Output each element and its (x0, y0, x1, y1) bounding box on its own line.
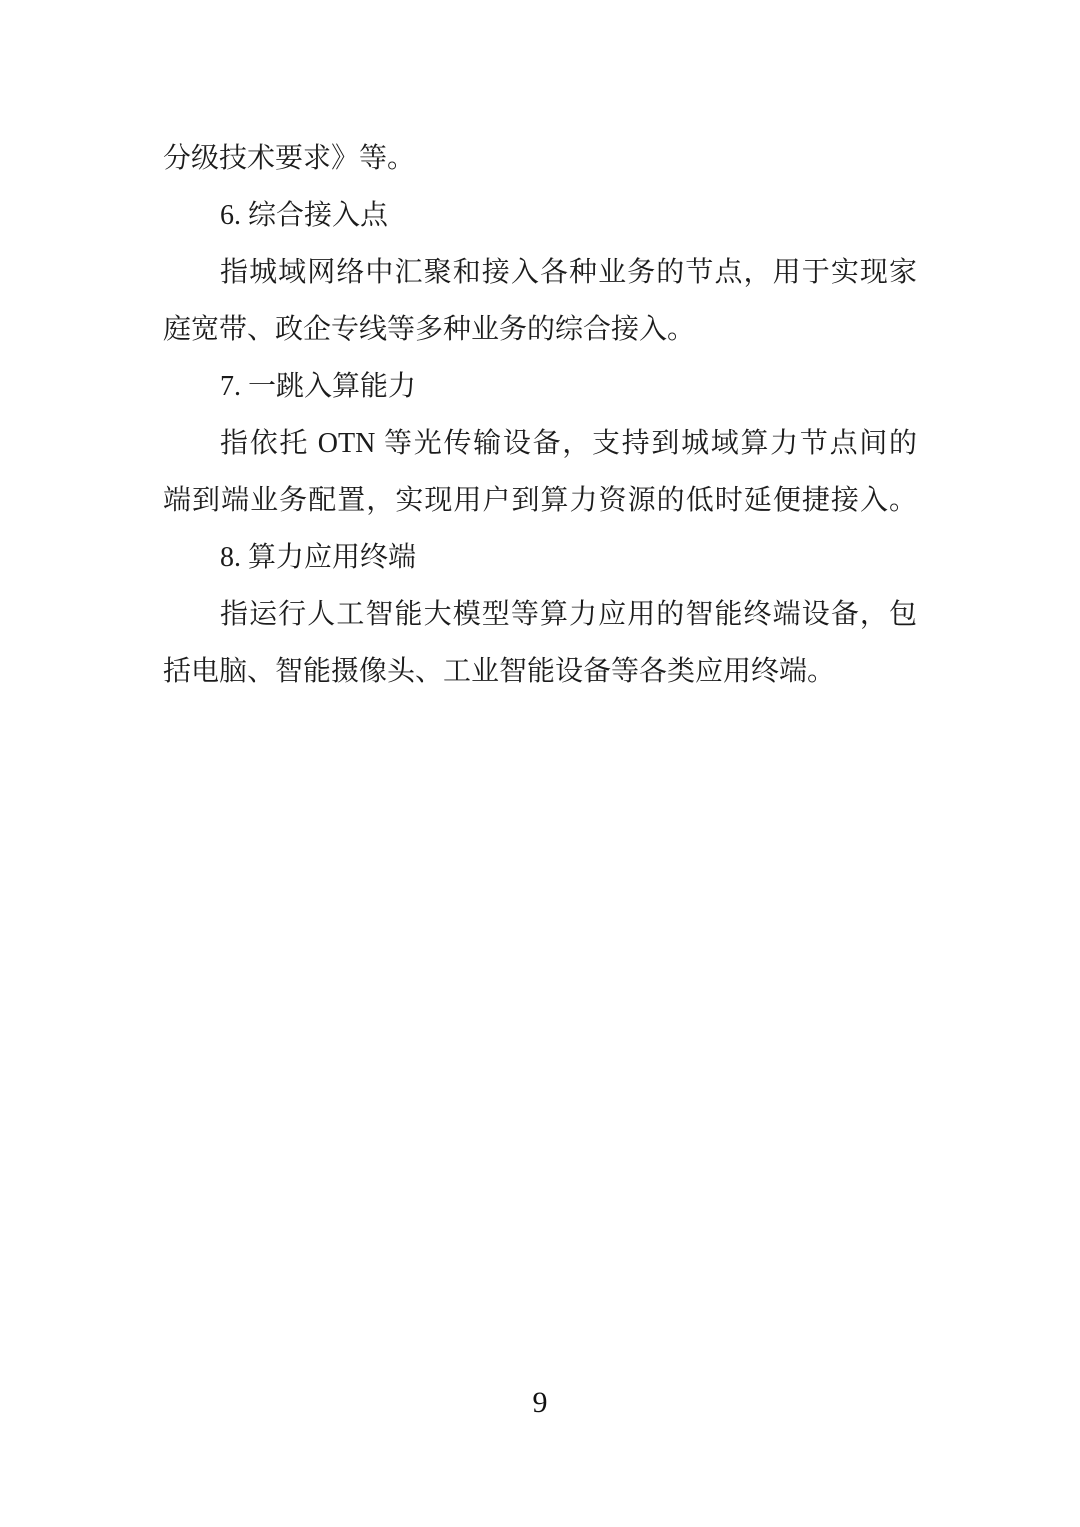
text-line-continuation: 分级技术要求》等。 (163, 130, 917, 187)
body-text: 分级技术要求》等。 6. 综合接入点 指城域网络中汇聚和接入各种业务的节点，用于… (163, 130, 917, 700)
text-line: 庭宽带、政企专线等多种业务的综合接入。 (163, 301, 917, 358)
document-page: 分级技术要求》等。 6. 综合接入点 指城域网络中汇聚和接入各种业务的节点，用于… (0, 0, 1080, 1527)
text-line: 括电脑、智能摄像头、工业智能设备等各类应用终端。 (163, 643, 917, 700)
page-number: 9 (0, 1385, 1080, 1421)
text-line: 指城域网络中汇聚和接入各种业务的节点，用于实现家 (163, 244, 917, 301)
heading-item-8: 8. 算力应用终端 (163, 529, 917, 586)
text-line: 指依托 OTN 等光传输设备，支持到城域算力节点间的 (163, 415, 917, 472)
text-line: 端到端业务配置，实现用户到算力资源的低时延便捷接入。 (163, 472, 917, 529)
heading-item-7: 7. 一跳入算能力 (163, 358, 917, 415)
heading-item-6: 6. 综合接入点 (163, 187, 917, 244)
text-line: 指运行人工智能大模型等算力应用的智能终端设备，包 (163, 586, 917, 643)
